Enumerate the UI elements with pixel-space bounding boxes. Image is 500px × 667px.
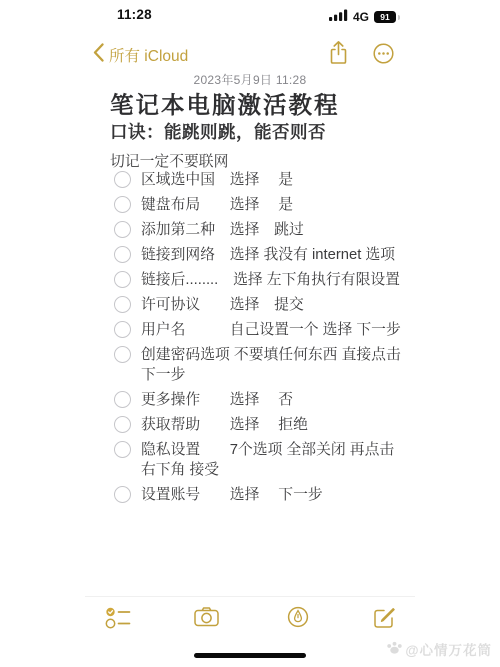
notes-app-screen: 11:28 4G 91 所有 iCloud (0, 0, 500, 667)
checklist-icon (105, 618, 132, 633)
checklist-item: 区域选中国 选择 是 (114, 170, 414, 190)
checkbox-circle[interactable] (114, 296, 131, 313)
share-button[interactable] (328, 40, 349, 68)
checklist-item: 设置账号 选择 下一步 (114, 485, 414, 505)
compose-tool-button[interactable] (373, 606, 396, 632)
checklist-item: 创建密码选项 不要填任何东西 直接点击 下一步 (114, 345, 414, 385)
checklist-item-text: 许可协议 选择 提交 (141, 295, 404, 315)
watermark: @心情万花筒 (386, 639, 492, 659)
checklist-item-text: 键盘布局 选择 是 (141, 195, 404, 215)
checkbox-circle[interactable] (114, 486, 131, 503)
home-indicator[interactable] (194, 653, 306, 658)
checkbox-circle[interactable] (114, 321, 131, 338)
checkbox-circle[interactable] (114, 441, 131, 458)
chevron-left-icon (93, 43, 104, 67)
checkbox-circle[interactable] (114, 221, 131, 238)
back-button-label: 所有 iCloud (109, 44, 188, 66)
checkbox-circle[interactable] (114, 196, 131, 213)
checklist-item-text: 区域选中国 选择 是 (141, 170, 404, 190)
cellular-signal-icon (329, 8, 348, 26)
checklist-item: 更多操作 选择 否 (114, 390, 414, 410)
paw-icon (386, 640, 403, 658)
checklist-item-text: 添加第二种 选择 跳过 (141, 220, 404, 240)
checklist-item: 链接后........ 选择 左下角执行有限设置 (114, 270, 414, 290)
checklist-item: 许可协议 选择 提交 (114, 295, 414, 315)
checkbox-circle[interactable] (114, 171, 131, 188)
note-title: 笔记本电脑激活教程 (110, 86, 340, 120)
note-warning-line: 切记一定不要联网 (110, 150, 228, 171)
checkbox-circle[interactable] (114, 416, 131, 433)
status-time: 11:28 (117, 7, 152, 22)
checkbox-circle[interactable] (114, 346, 131, 363)
camera-tool-button[interactable] (194, 606, 219, 630)
share-icon (328, 53, 349, 68)
markup-pen-icon (287, 616, 309, 631)
checklist-item-text: 用户名 自己设置一个 选择 下一步 (141, 320, 404, 340)
camera-icon (194, 615, 219, 630)
checklist-item: 链接到网络 选择 我没有 internet 选项 (114, 245, 414, 265)
checklist-item-text: 创建密码选项 不要填任何东西 直接点击 下一步 (141, 345, 404, 385)
more-options-button[interactable] (373, 43, 394, 67)
checklist: 区域选中国 选择 是 键盘布局 选择 是 添加第二种 选择 跳过 链接到网络 选… (114, 170, 414, 510)
checklist-item: 用户名 自己设置一个 选择 下一步 (114, 320, 414, 340)
markup-tool-button[interactable] (287, 606, 309, 631)
compose-icon (373, 617, 396, 632)
status-right-cluster: 4G 91 (329, 8, 396, 26)
network-type-label: 4G (353, 10, 369, 24)
checklist-item: 隐私设置 7个选项 全部关闭 再点击 右下角 接受 (114, 440, 414, 480)
checklist-item-text: 链接后........ 选择 左下角执行有限设置 (141, 270, 404, 290)
checklist-tool-button[interactable] (105, 606, 132, 633)
checklist-item: 获取帮助 选择 拒绝 (114, 415, 414, 435)
checklist-item-text: 更多操作 选择 否 (141, 390, 404, 410)
checklist-item-text: 隐私设置 7个选项 全部关闭 再点击 右下角 接受 (141, 440, 404, 480)
checklist-item-text: 设置账号 选择 下一步 (141, 485, 404, 505)
battery-indicator: 91 (374, 11, 396, 23)
checklist-item: 添加第二种 选择 跳过 (114, 220, 414, 240)
checkbox-circle[interactable] (114, 391, 131, 408)
checklist-item-text: 链接到网络 选择 我没有 internet 选项 (141, 245, 404, 265)
checklist-item-text: 获取帮助 选择 拒绝 (141, 415, 404, 435)
note-subtitle: 口诀：能跳则跳，能否则否 (110, 119, 326, 144)
ellipsis-circle-icon (373, 52, 394, 67)
watermark-text: @心情万花筒 (405, 639, 492, 659)
back-button[interactable]: 所有 iCloud (93, 43, 188, 67)
checkbox-circle[interactable] (114, 271, 131, 288)
checklist-item: 键盘布局 选择 是 (114, 195, 414, 215)
checkbox-circle[interactable] (114, 246, 131, 263)
battery-percent: 91 (380, 13, 389, 22)
toolbar-divider (85, 596, 415, 597)
